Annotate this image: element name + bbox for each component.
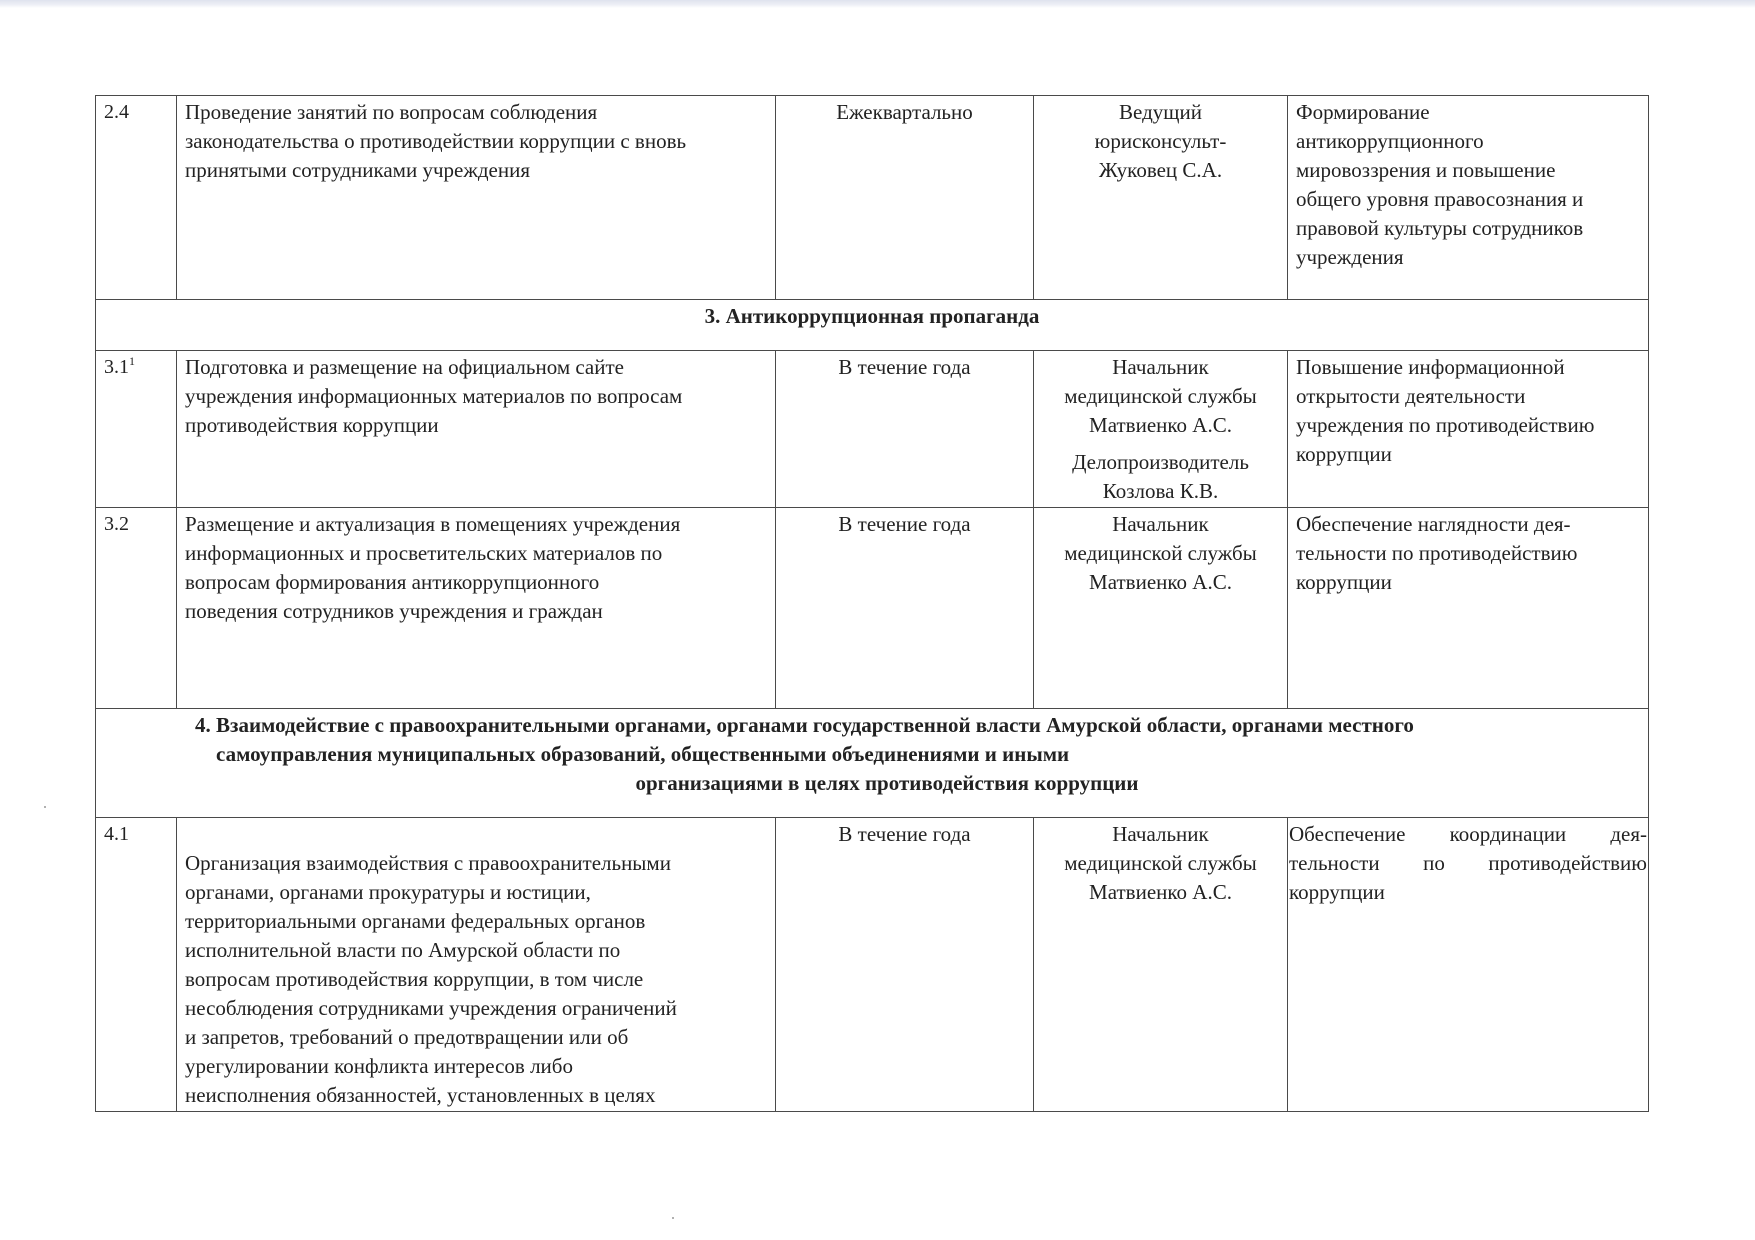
- scan-speck: [44, 806, 46, 808]
- activity-line: законодательства о противодействии корру…: [185, 127, 767, 156]
- table-row-2-4: 2.4 Проведение занятий по вопросам соблю…: [96, 96, 1649, 300]
- table-row-4-1: 4.1 Организация взаимодействия с правоох…: [96, 818, 1649, 1112]
- term-cell: В течение года: [776, 508, 1034, 709]
- activity-cell: Подготовка и размещение на официальном с…: [177, 351, 776, 508]
- section-heading: 4. Взаимодействие с правоохранительными …: [96, 709, 1649, 818]
- result-line-justified: тельностипопротиводействию: [1289, 849, 1647, 878]
- item-number: 2.4: [96, 96, 177, 300]
- item-number: 3.11: [96, 351, 177, 508]
- term-cell: В течение года: [776, 818, 1034, 1112]
- responsible-cell: Начальник медицинской службы Матвиенко А…: [1034, 818, 1288, 1112]
- result-cell: Обеспечениекоординациидея- тельностипопр…: [1288, 818, 1649, 1112]
- responsible-cell: Начальник медицинской службы Матвиенко А…: [1034, 508, 1288, 709]
- term-cell: Ежеквартально: [776, 96, 1034, 300]
- scan-speck: [672, 1217, 674, 1219]
- result-cell: Повышение информационной открытости деят…: [1288, 351, 1649, 508]
- activity-line: Проведение занятий по вопросам соблюдени…: [185, 98, 767, 127]
- table-row-3-1: 3.11 Подготовка и размещение на официаль…: [96, 351, 1649, 508]
- section-heading-row-4: 4. Взаимодействие с правоохранительными …: [96, 709, 1649, 818]
- result-cell: Обеспечение наглядности дея- тельности п…: [1288, 508, 1649, 709]
- activity-cell: Размещение и актуализация в помещениях у…: [177, 508, 776, 709]
- activity-cell: Проведение занятий по вопросам соблюдени…: [177, 96, 776, 300]
- anticorruption-plan-table: 2.4 Проведение занятий по вопросам соблю…: [95, 95, 1649, 1112]
- footnote-marker: 1: [129, 354, 135, 368]
- result-cell: Формирование антикоррупционного мировозз…: [1288, 96, 1649, 300]
- result-line-justified: Обеспечениекоординациидея-: [1289, 820, 1647, 849]
- scan-edge: [0, 0, 1755, 8]
- responsible-cell: Ведущий юрисконсульт- Жуковец С.А.: [1034, 96, 1288, 300]
- item-number: 3.2: [96, 508, 177, 709]
- table-row-3-2: 3.2 Размещение и актуализация в помещени…: [96, 508, 1649, 709]
- section-heading-row-3: 3. Антикоррупционная пропаганда: [96, 300, 1649, 351]
- activity-line: принятыми сотрудниками учреждения: [185, 156, 767, 185]
- item-number: 4.1: [96, 818, 177, 1112]
- term-cell: В течение года: [776, 351, 1034, 508]
- section-heading: 3. Антикоррупционная пропаганда: [96, 300, 1649, 351]
- responsible-cell: Начальник медицинской службы Матвиенко А…: [1034, 351, 1288, 508]
- activity-cell: Организация взаимодействия с правоохрани…: [177, 818, 776, 1112]
